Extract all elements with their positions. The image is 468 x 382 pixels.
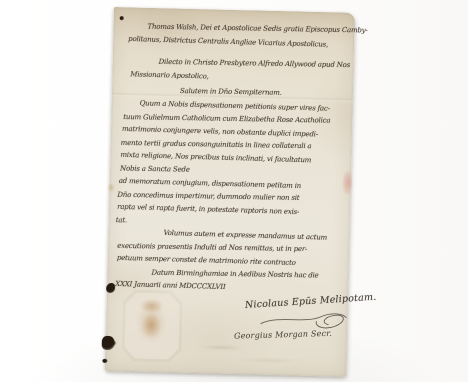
seal-coat-of-arms-impression <box>131 298 172 349</box>
manuscript-line: executionis praesentis Indulti ad Nos re… <box>117 242 307 253</box>
manuscript-line: mento tertii gradus consanguinitatis in … <box>121 139 312 150</box>
manuscript-line: rapta vel si rapta fuerit, in potestate … <box>117 203 299 216</box>
manuscript-line: tuum Gulielmum Catholicum cum Elizabetha… <box>123 113 330 125</box>
manuscript-line: Thomas Walsh, Dei et Apostolicae Sedis g… <box>147 23 367 35</box>
ink-blot <box>106 283 115 293</box>
red-stain <box>342 171 352 195</box>
manuscript-line: petuum semper constet de matrimonio rite… <box>117 254 296 267</box>
manuscript-paper: Thomas Walsh, Dei et Apostolicae Sedis g… <box>105 7 355 377</box>
ink-dot <box>102 359 107 363</box>
photo-background: Thomas Walsh, Dei et Apostolicae Sedis g… <box>0 0 468 382</box>
manuscript-dateline: XXXI Januarii anni MDCCCXLVII <box>115 280 225 291</box>
ink-blot <box>102 336 115 350</box>
manuscript-line: Quum a Nobis dispensationem petitionis s… <box>140 99 330 112</box>
ink-dot <box>120 16 124 20</box>
manuscript-line: ad memoratum conjugium, dispensationem p… <box>119 177 301 190</box>
manuscript-line: tat. <box>116 216 127 224</box>
tan-stain <box>107 183 114 192</box>
manuscript-line: mixta religione, Nos precibus tuis incli… <box>120 151 311 164</box>
manuscript-dateline: Datum Birminghamiae in Aedibus Nostris h… <box>151 269 318 280</box>
manuscript-line: Volumus autem et expresse mandamus ut ac… <box>163 229 327 242</box>
manuscript-line: matrimonio conjungere velis, non obstant… <box>122 125 318 139</box>
manuscript-line: Missionario Apostolico, <box>130 70 209 80</box>
secretary-signature: Georgius Morgan Secr. <box>234 329 332 341</box>
manuscript-line: Dño concedimus impertimur, dummodo mulie… <box>117 191 299 202</box>
embossed-seal <box>121 289 183 362</box>
manuscript-line: Nobis a Sancta Sede <box>120 164 190 173</box>
show-through-marks <box>185 339 306 368</box>
manuscript-line: politanus, Districtus Centralis Angliae … <box>128 35 328 49</box>
manuscript-line: Dilecto in Christo Presbytero Alfredo Al… <box>159 58 350 69</box>
manuscript-text-block: Thomas Walsh, Dei et Apostolicae Sedis g… <box>114 7 355 13</box>
